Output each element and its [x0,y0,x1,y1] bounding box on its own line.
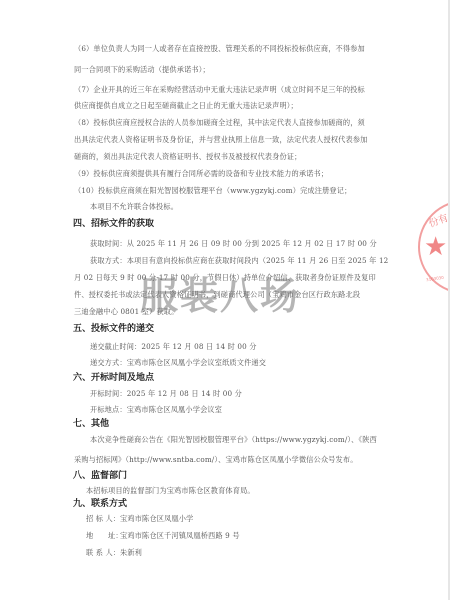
stamp-code: 3103030 [426,275,444,282]
supervision-body: 本招标项目的监督部门为宝鸡市陈仓区教育体育局。 [86,486,396,496]
requirement-6-line1: （6）单位负责人为同一人或者存在直接控股、管理关系的不同投标投标供应商，不得参加 [74,44,384,54]
submission-deadline: 递交截止时间：2025 年 12 月 08 日 14 时 00 分 [90,342,400,352]
requirement-10: （10）投标供应商须在阳光智园校服管理平台（www.ygzykj.com）完成注… [74,186,384,196]
contact-person: 联 系 人：朱新利 [86,548,396,558]
document-page: （6）单位负责人为同一人或者存在直接控股、管理关系的不同投标投标供应商，不得参加… [0,0,450,600]
requirement-8-line2: 出具法定代表人资格证明书及身份证，并与营业执照上信息一致，法定代表人授权代表参加 [74,135,384,145]
watermark-text: 服装八场 [140,274,300,318]
contact-value: 宝鸡市陈仓区千河镇凤凰桥西路 9 号 [120,531,240,540]
requirement-8-line1: （8）投标供应商应授权合法的人员参加磋商全过程，其中法定代表人直接参加磋商的，须 [74,118,384,128]
section-6-title: 六、开标时间及地点 [73,372,154,384]
submission-method: 递交方式：宝鸡市陈仓区凤凰小学会议室纸质文件递交 [90,358,400,368]
contact-tenderer: 招 标 人：宝鸡市陈仓区凤凰小学 [86,514,396,524]
section-9-title: 九、联系方式 [73,498,127,510]
requirement-6-line2: 同一合同项下的采购活动（提供承诺书）； [74,65,384,75]
contact-label: 联 系 人： [86,548,120,558]
section-7-title: 七、其他 [73,418,109,430]
opening-place: 开标地点：宝鸡市陈仓区凤凰小学会议室 [90,405,400,415]
star-icon: ★ [424,232,447,262]
acquisition-time: 获取时间：从 2025 年 11 月 26 日 09 时 00 分到 2025 … [90,239,400,249]
opening-time: 开标时间：2025 年 12 月 08 日 14 时 00 分 [90,389,400,399]
requirement-7-line2: 供应商提供自成立之日起至磋商截止之日止的无重大违法记录声明）； [74,101,384,111]
other-line1: 本次竞争性磋商公告在《阳光智园校服管理平台》（https://www.ygzyk… [90,435,400,445]
section-8-title: 八、监督部门 [73,470,127,482]
other-line2: 采购与招标网》（http://www.sntba.com/）、宝鸡市陈仓区凤凰小… [74,455,384,465]
contact-address: 地 址：宝鸡市陈仓区千河镇凤凰桥西路 9 号 [86,531,396,541]
acquisition-method-line1: 获取方式：本项目有意向投标供应商在获取时间段内（2025 年 11 月 26 日… [90,256,400,266]
stamp-text: 份有 [426,209,450,230]
contact-value: 朱新利 [120,548,142,557]
contact-value: 宝鸡市陈仓区凤凰小学 [120,514,193,523]
section-5-title: 五、投标文件的递交 [73,323,154,335]
requirement-7-line1: （7）企业开具的近三年在采购经营活动中无重大违法记录声明（成立时间不足三年的投标 [74,85,384,95]
contact-label: 地 址： [86,531,120,541]
contact-label: 招 标 人： [86,514,120,524]
official-seal-stamp: 份有 ★ 3103030 [418,200,450,294]
requirement-9: （9）投标供应商须提供具有履行合同所必需的设备和专业技术能力的承诺书； [74,169,384,179]
consortium-note: 本项目不允许联合体投标。 [90,202,400,212]
section-4-title: 四、招标文件的获取 [73,218,154,230]
requirement-8-line3: 磋商的，须出具法定代表人资格证明书、授权书及被授权代表身份证； [74,152,384,162]
